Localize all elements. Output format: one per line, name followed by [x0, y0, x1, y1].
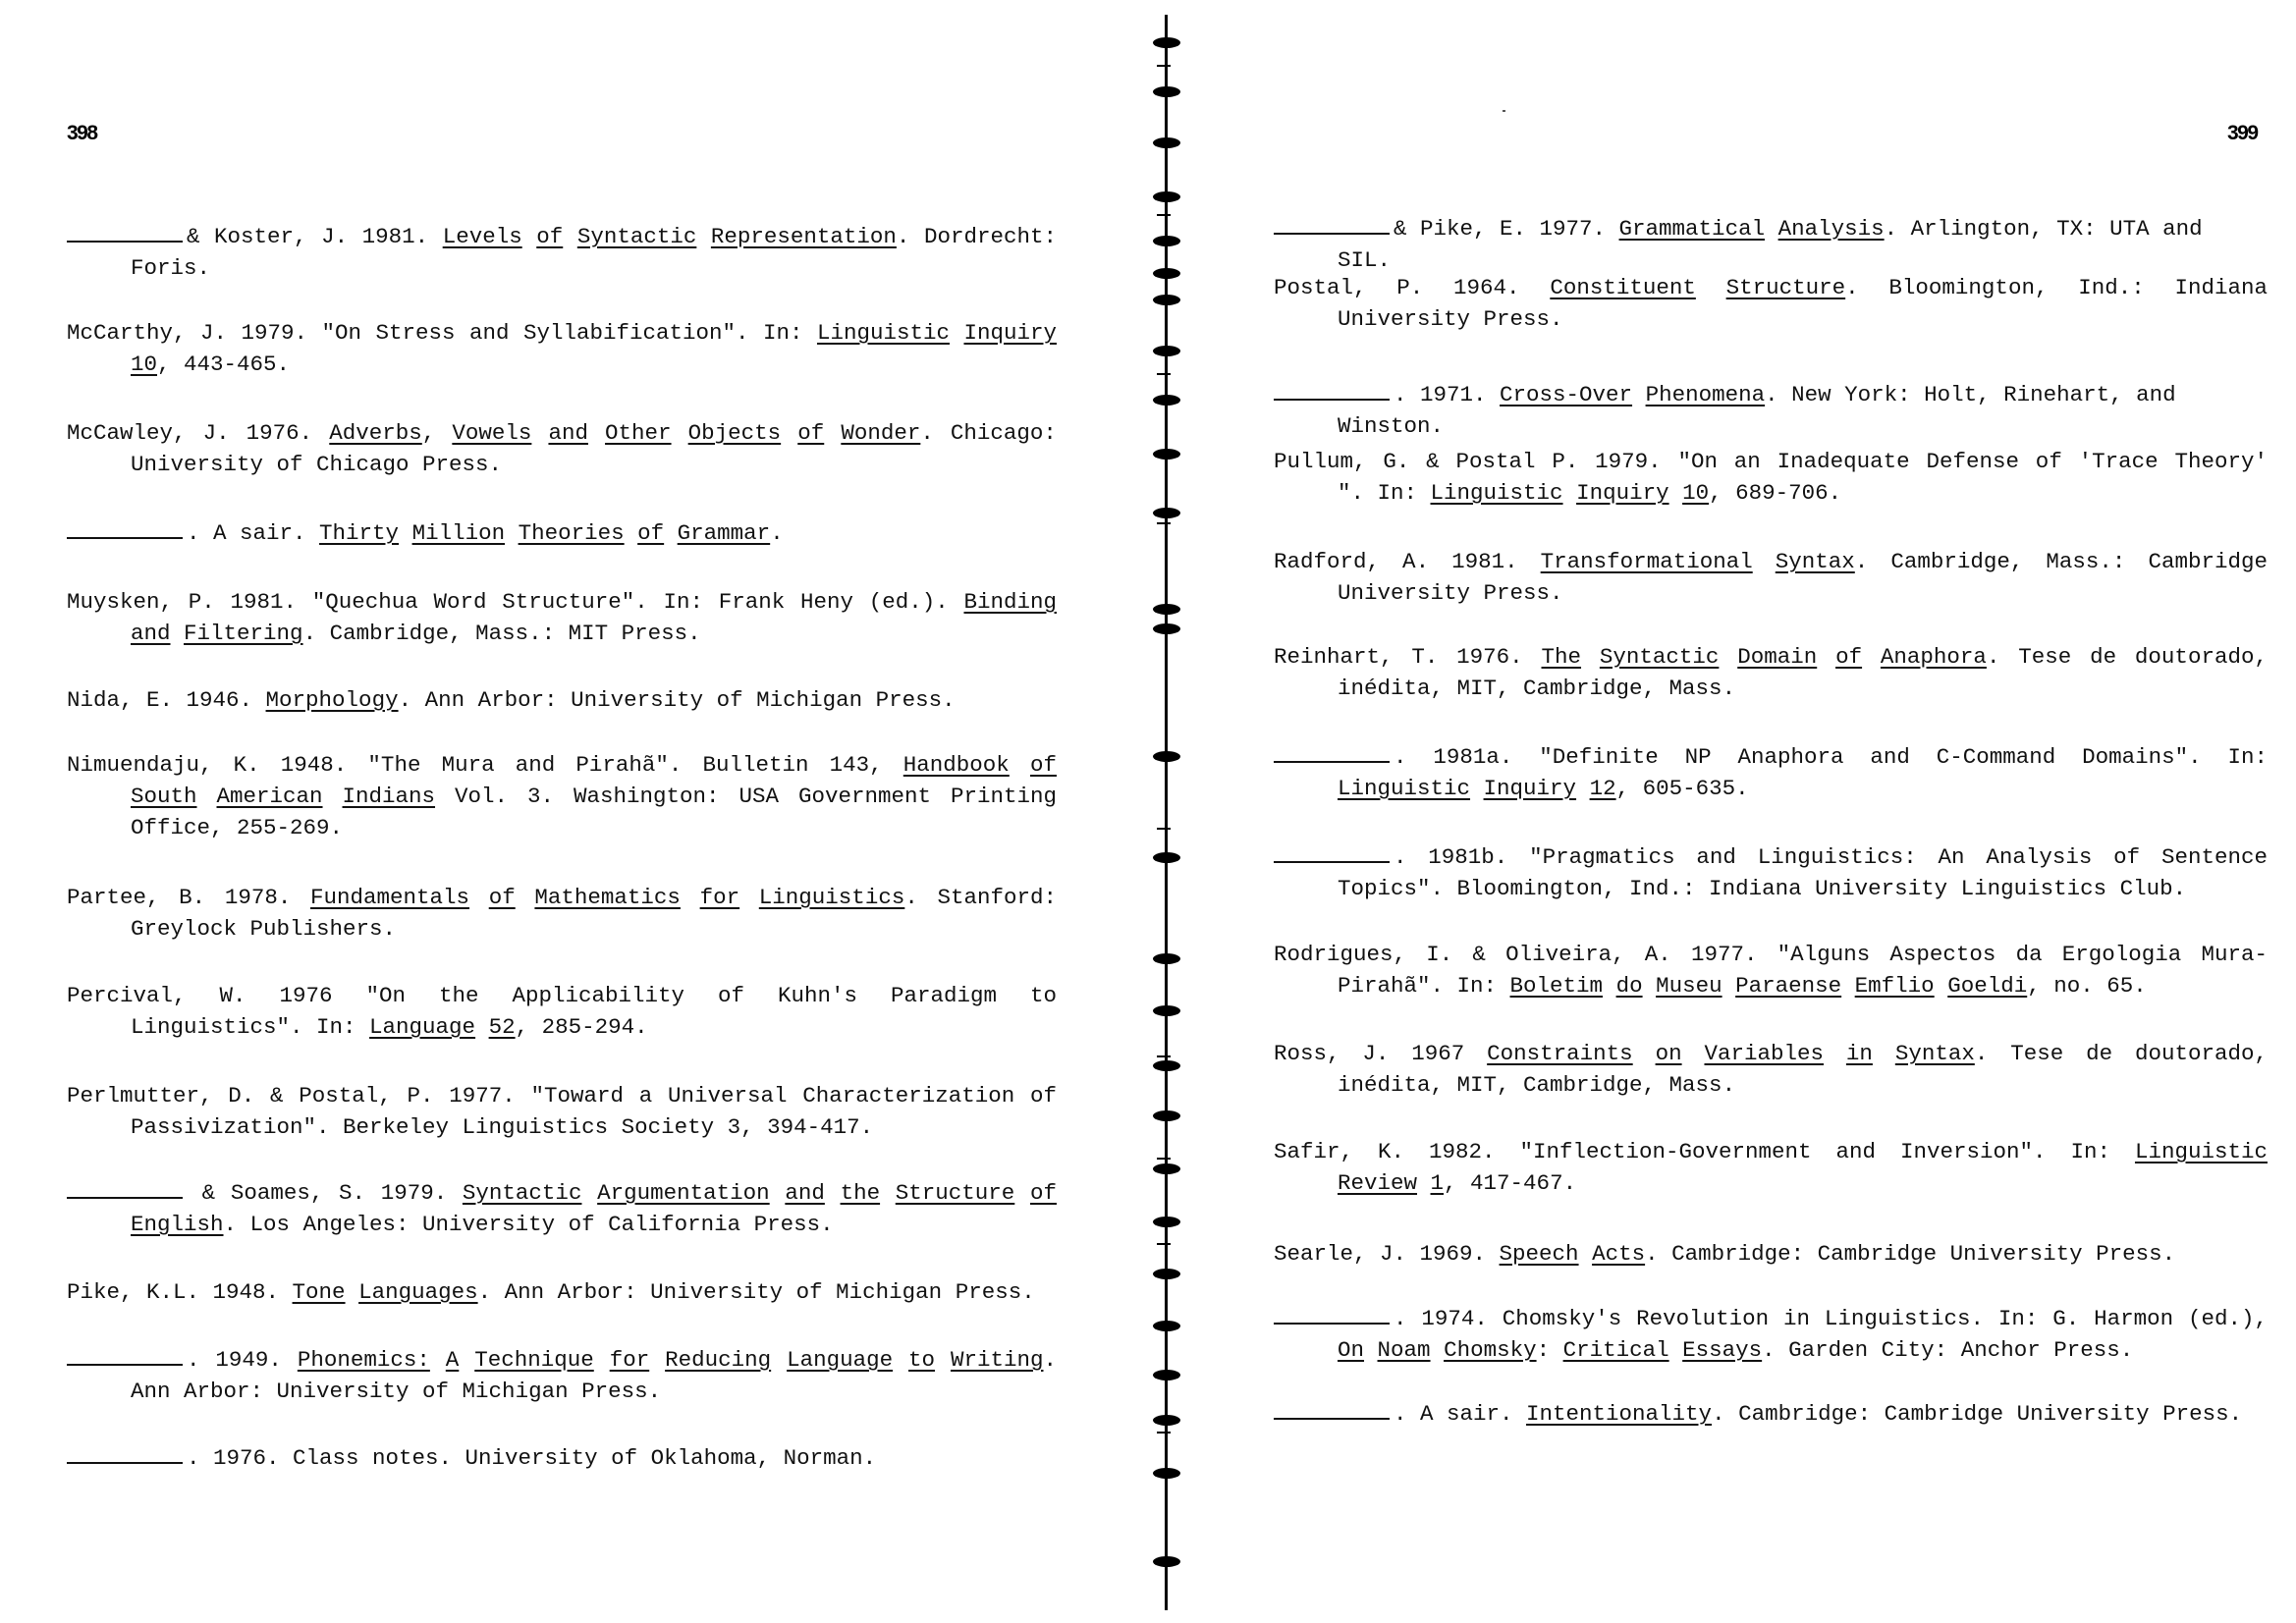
bibliography-entry: & Koster, J. 1981. Levels of Syntactic R…	[67, 221, 1057, 284]
repeated-author-rule	[67, 1177, 183, 1199]
entry-text	[1824, 1041, 1846, 1066]
entry-text	[781, 420, 797, 446]
repeated-author-rule	[67, 1344, 183, 1366]
entry-text: . A sair.	[187, 520, 319, 546]
binding-ring	[1153, 623, 1180, 634]
entry-text: , no. 65.	[2027, 973, 2147, 999]
entry-text: Ross, J. 1967	[1274, 1041, 1487, 1066]
underlined-title-word: Binding	[963, 589, 1057, 615]
entry-text: . 1981b. "Pragmatics and Linguistics: An…	[1338, 844, 2268, 901]
bibliography-entry: . 1949. Phonemics: A Technique for Reduc…	[67, 1344, 1057, 1407]
underlined-title-word: The	[1542, 644, 1582, 670]
underlined-title-word: Tone	[293, 1279, 346, 1305]
underlined-title-word: Constituent	[1550, 275, 1696, 300]
entry-text: Radford, A. 1981.	[1274, 549, 1541, 574]
entry-text	[1632, 382, 1646, 407]
underlined-title-word: for	[700, 885, 740, 910]
underlined-title-word: and	[785, 1180, 825, 1206]
underlined-title-word: Phenomena	[1646, 382, 1766, 407]
underlined-title-word: Structure	[1726, 275, 1846, 300]
entry-text	[880, 1180, 896, 1206]
underlined-title-word: American	[217, 784, 323, 809]
binding-ring	[1153, 191, 1180, 202]
underlined-title-word: and	[131, 621, 171, 646]
underlined-title-word: Million	[412, 520, 506, 546]
binding-tick	[1157, 214, 1171, 216]
binding-ring	[1153, 346, 1180, 356]
underlined-title-word: Linguistic	[1338, 776, 1470, 801]
binding-ring	[1153, 395, 1180, 406]
underlined-title-word: 10	[131, 352, 157, 377]
binding-ring	[1153, 236, 1180, 246]
entry-text: . 1981a. "Definite NP Anaphora and C-Com…	[1394, 744, 2268, 770]
bibliography-entry: McCawley, J. 1976. Adverbs, Vowels and O…	[67, 417, 1057, 480]
underlined-title-word: Anaphora	[1881, 644, 1987, 670]
underlined-title-word: Analysis	[1778, 216, 1885, 242]
underlined-title-word: Grammatical	[1619, 216, 1766, 242]
underlined-title-word: Emflio	[1855, 973, 1935, 999]
entry-text: & Soames, S. 1979.	[187, 1180, 463, 1206]
binding-ring	[1153, 953, 1180, 964]
bibliography-entry: Percival, W. 1976 "On the Applicability …	[67, 980, 1057, 1043]
underlined-title-word: Morphology	[266, 687, 399, 713]
bibliography-entry: Radford, A. 1981. Transformational Synta…	[1274, 546, 2268, 609]
entry-text: . Ann Arbor: University of Michigan Pres…	[399, 687, 956, 713]
underlined-title-word: 10	[1682, 480, 1709, 506]
entry-text	[505, 520, 519, 546]
underlined-title-word: Reducing	[665, 1347, 771, 1373]
bibliography-entry: Searle, J. 1969. Speech Acts. Cambridge:…	[1274, 1238, 2268, 1270]
entry-text	[771, 1347, 787, 1373]
entry-text	[531, 420, 548, 446]
entry-text	[1364, 1337, 1378, 1363]
binding-ring	[1153, 1370, 1180, 1380]
entry-text	[1643, 973, 1657, 999]
binding-ring	[1153, 1269, 1180, 1279]
bibliography-entry: & Soames, S. 1979. Syntactic Argumentati…	[67, 1177, 1057, 1240]
underlined-title-word: Essays	[1682, 1337, 1762, 1363]
entry-text: Muysken, P. 1981. "Quechua Word Structur…	[67, 589, 963, 615]
entry-text: & Koster, J. 1981.	[187, 224, 443, 249]
entry-text	[1579, 1241, 1593, 1267]
underlined-title-word: Domain	[1737, 644, 1817, 670]
bibliography-entry: . A sair. Thirty Million Theories of Gra…	[67, 517, 1057, 549]
entry-text	[1935, 973, 1948, 999]
binding-ring	[1153, 751, 1180, 762]
entry-text: , 285-294.	[516, 1014, 648, 1040]
binding-ring	[1153, 604, 1180, 615]
binding-ring	[1153, 852, 1180, 863]
right-page: 399 & Pike, E. 1977. Grammatical Analysi…	[1188, 0, 2296, 1623]
bibliography-entry: . A sair. Intentionality. Cambridge: Cam…	[1274, 1398, 2268, 1430]
entry-text	[197, 784, 217, 809]
bibliography-entry: Rodrigues, I. & Oliveira, A. 1977. "Algu…	[1274, 939, 2268, 1001]
bibliography-entry: Muysken, P. 1981. "Quechua Word Structur…	[67, 586, 1057, 649]
entry-text	[664, 520, 678, 546]
underlined-title-word: Chomsky	[1444, 1337, 1537, 1363]
underlined-title-word: Linguistic	[817, 320, 950, 346]
binding-tick	[1157, 373, 1171, 375]
entry-text	[1765, 216, 1778, 242]
bibliography-entry: Postal, P. 1964. Constituent Structure. …	[1274, 272, 2268, 335]
underlined-title-word: Fundamentals	[310, 885, 469, 910]
entry-text	[430, 1347, 446, 1373]
underlined-title-word: Filtering	[184, 621, 303, 646]
entry-text: :	[1537, 1337, 1563, 1363]
binding-ring	[1153, 268, 1180, 279]
entry-text: . 1949.	[187, 1347, 298, 1373]
entry-text: , 443-465.	[157, 352, 290, 377]
entry-text	[825, 1180, 841, 1206]
repeated-author-rule	[67, 1442, 183, 1464]
bibliography-entry: Reinhart, T. 1976. The Syntactic Domain …	[1274, 641, 2268, 704]
underlined-title-word: Languages	[358, 1279, 478, 1305]
entry-text	[1753, 549, 1776, 574]
underlined-title-word: Phonemics:	[298, 1347, 430, 1373]
bibliography-entry: Nimuendaju, K. 1948. "The Mura and Pirah…	[67, 749, 1057, 843]
entry-text	[1817, 644, 1835, 670]
bibliography-entry: Partee, B. 1978. Fundamentals of Mathema…	[67, 882, 1057, 945]
entry-text	[1719, 644, 1737, 670]
bibliography-entry: . 1981b. "Pragmatics and Linguistics: An…	[1274, 841, 2268, 904]
underlined-title-word: in	[1846, 1041, 1873, 1066]
binding-ring	[1153, 1060, 1180, 1071]
entry-text	[1470, 776, 1484, 801]
entry-text	[171, 621, 185, 646]
binding-tick	[1157, 65, 1171, 67]
underlined-title-word: Syntactic	[577, 224, 697, 249]
entry-text	[681, 885, 700, 910]
entry-text: Nida, E. 1946.	[67, 687, 266, 713]
entry-text	[739, 885, 759, 910]
underlined-title-word: Wonder	[841, 420, 920, 446]
underlined-title-word: English	[131, 1212, 224, 1237]
binding-ring	[1153, 1110, 1180, 1121]
bibliography-entry: Ross, J. 1967 Constraints on Variables i…	[1274, 1038, 2268, 1101]
underlined-title-word: and	[548, 420, 588, 446]
entry-text	[893, 1347, 908, 1373]
underlined-title-word: A	[446, 1347, 460, 1373]
underlined-title-word: Variables	[1704, 1041, 1824, 1066]
underlined-title-word: Thirty	[319, 520, 399, 546]
entry-text	[1669, 480, 1683, 506]
underlined-title-word: Syntactic	[463, 1180, 582, 1206]
entry-text	[1417, 1170, 1431, 1196]
entry-text: . 1976. Class notes. University of Oklah…	[187, 1445, 876, 1471]
entry-text	[1014, 1180, 1030, 1206]
underlined-title-word: to	[908, 1347, 935, 1373]
entry-text: ,	[422, 420, 453, 446]
underlined-title-word: Technique	[474, 1347, 594, 1373]
entry-text	[516, 885, 535, 910]
entry-text: . Cambridge: Cambridge University Press.	[1645, 1241, 2175, 1267]
entry-text: Nimuendaju, K. 1948. "The Mura and Pirah…	[67, 752, 903, 778]
binding-ring	[1153, 86, 1180, 97]
entry-text	[1873, 1041, 1895, 1066]
entry-text: . Los Angeles: University of California …	[224, 1212, 834, 1237]
underlined-title-word: Intentionality	[1526, 1401, 1712, 1427]
underlined-title-word: for	[610, 1347, 650, 1373]
underlined-title-word: Boletim	[1510, 973, 1604, 999]
underlined-title-word: do	[1616, 973, 1643, 999]
entry-text: . 1971.	[1394, 382, 1500, 407]
underlined-title-word: of	[489, 885, 516, 910]
binding-tick	[1157, 1243, 1171, 1245]
entry-text: Perlmutter, D. & Postal, P. 1977. "Towar…	[67, 1083, 1057, 1140]
entry-text	[1682, 1041, 1705, 1066]
entry-text	[1696, 275, 1726, 300]
bibliography-entry: Nida, E. 1946. Morphology. Ann Arbor: Un…	[67, 684, 1057, 716]
underlined-title-word: Inquiry	[1484, 776, 1577, 801]
entry-text: Partee, B. 1978.	[67, 885, 310, 910]
entry-text	[581, 1180, 597, 1206]
entry-text	[346, 1279, 359, 1305]
binding-ring	[1153, 137, 1180, 148]
underlined-title-word: of	[637, 520, 664, 546]
underlined-title-word: Vowels	[452, 420, 531, 446]
entry-text	[1581, 644, 1600, 670]
underlined-title-word: on	[1656, 1041, 1682, 1066]
entry-text: .	[770, 520, 784, 546]
underlined-title-word: Cross-Over	[1500, 382, 1632, 407]
binding-tick	[1157, 522, 1171, 524]
entry-text	[323, 784, 343, 809]
underlined-title-word: Grammar	[678, 520, 771, 546]
underlined-title-word: of	[1030, 1180, 1057, 1206]
binding-ring	[1153, 37, 1180, 48]
underlined-title-word: Writing	[951, 1347, 1044, 1373]
entry-text	[950, 320, 963, 346]
entry-text	[649, 1347, 665, 1373]
bibliography-entry: McCarthy, J. 1979. "On Stress and Syllab…	[67, 317, 1057, 380]
entry-text	[469, 885, 489, 910]
entry-text	[625, 520, 638, 546]
entry-text	[1841, 973, 1855, 999]
underlined-title-word: Objects	[688, 420, 782, 446]
underlined-title-word: Adverbs	[329, 420, 422, 446]
underlined-title-word: Museu	[1656, 973, 1722, 999]
underlined-title-word: Theories	[519, 520, 625, 546]
underlined-title-word: Levels	[443, 224, 522, 249]
entry-text	[1563, 480, 1577, 506]
underlined-title-word: Syntax	[1776, 549, 1855, 574]
entry-text: . A sair.	[1394, 1401, 1526, 1427]
binding-ring	[1153, 508, 1180, 518]
entry-text	[459, 1347, 474, 1373]
underlined-title-word: Linguistics	[759, 885, 905, 910]
underlined-title-word: Syntax	[1895, 1041, 1975, 1066]
repeated-author-rule	[1274, 379, 1390, 401]
entry-text: McCarthy, J. 1979. "On Stress and Syllab…	[67, 320, 817, 346]
scan-speck	[1503, 110, 1505, 112]
binding-ring	[1153, 449, 1180, 460]
binding-tick	[1157, 828, 1171, 830]
underlined-title-word: Paraense	[1735, 973, 1841, 999]
entry-text	[588, 420, 605, 446]
entry-text	[770, 1180, 786, 1206]
entry-text: , 417-467.	[1444, 1170, 1576, 1196]
underlined-title-word: South	[131, 784, 197, 809]
repeated-author-rule	[67, 517, 183, 539]
underlined-title-word: Representation	[711, 224, 897, 249]
underlined-title-word: Noam	[1378, 1337, 1431, 1363]
entry-text	[522, 224, 537, 249]
underlined-title-word: Mathematics	[534, 885, 681, 910]
binding-ring	[1153, 1163, 1180, 1174]
bibliography-entry: . 1981a. "Definite NP Anaphora and C-Com…	[1274, 741, 2268, 804]
underlined-title-word: Constraints	[1487, 1041, 1633, 1066]
entry-text	[1669, 1337, 1683, 1363]
bibliography-entry: Pullum, G. & Postal P. 1979. "On an Inad…	[1274, 446, 2268, 509]
bibliography-entry: . 1971. Cross-Over Phenomena. New York: …	[1274, 379, 2268, 442]
bibliography-entry: Pike, K.L. 1948. Tone Languages. Ann Arb…	[67, 1276, 1057, 1308]
underlined-title-word: Handbook	[903, 752, 1010, 778]
repeated-author-rule	[1274, 1398, 1390, 1420]
underlined-title-word: Inquiry	[1576, 480, 1669, 506]
entry-text	[696, 224, 711, 249]
bibliography-entry: Safir, K. 1982. "Inflection-Government a…	[1274, 1136, 2268, 1199]
binding-tick	[1157, 1432, 1171, 1434]
underlined-title-word: Indians	[343, 784, 436, 809]
repeated-author-rule	[1274, 1303, 1390, 1325]
underlined-title-word: On	[1338, 1337, 1364, 1363]
entry-text: , 605-635.	[1616, 776, 1749, 801]
entry-text: , 689-706.	[1709, 480, 1841, 506]
binding-ring	[1153, 1005, 1180, 1016]
entry-text: Pike, K.L. 1948.	[67, 1279, 293, 1305]
underlined-title-word: Language	[369, 1014, 475, 1040]
underlined-title-word: Review	[1338, 1170, 1417, 1196]
page-number: 398	[67, 122, 97, 145]
entry-text: Postal, P. 1964.	[1274, 275, 1550, 300]
entry-text	[1722, 973, 1736, 999]
bibliography-entry: & Pike, E. 1977. Grammatical Analysis. A…	[1274, 213, 2268, 276]
binding-ring	[1153, 1415, 1180, 1426]
entry-text	[1603, 973, 1616, 999]
repeated-author-rule	[1274, 841, 1390, 863]
page-number: 399	[2227, 122, 2258, 145]
entry-text: Reinhart, T. 1976.	[1274, 644, 1542, 670]
entry-text: Searle, J. 1969.	[1274, 1241, 1500, 1267]
entry-text	[1633, 1041, 1656, 1066]
underlined-title-word: 52	[489, 1014, 516, 1040]
underlined-title-word: Syntactic	[1600, 644, 1720, 670]
entry-text	[475, 1014, 489, 1040]
entry-text	[1010, 752, 1030, 778]
underlined-title-word: Critical	[1563, 1337, 1669, 1363]
underlined-title-word: of	[797, 420, 824, 446]
entry-text: McCawley, J. 1976.	[67, 420, 329, 446]
underlined-title-word: of	[536, 224, 563, 249]
repeated-author-rule	[67, 221, 183, 243]
repeated-author-rule	[1274, 213, 1390, 235]
entry-text	[594, 1347, 610, 1373]
bibliography-entry: . 1974. Chomsky's Revolution in Linguist…	[1274, 1303, 2268, 1366]
bibliography-entry: Perlmutter, D. & Postal, P. 1977. "Towar…	[67, 1080, 1057, 1143]
entry-text: . Ann Arbor: University of Michigan Pres…	[478, 1279, 1035, 1305]
underlined-title-word: 1	[1431, 1170, 1445, 1196]
binding-ring	[1153, 295, 1180, 305]
entry-text	[824, 420, 841, 446]
bibliography-entry: . 1976. Class notes. University of Oklah…	[67, 1442, 1057, 1474]
underlined-title-word: the	[841, 1180, 881, 1206]
underlined-title-word: Linguistic	[2135, 1139, 2268, 1164]
entry-text	[1431, 1337, 1445, 1363]
entry-text	[1576, 776, 1590, 801]
entry-text	[1862, 644, 1881, 670]
entry-text	[935, 1347, 951, 1373]
entry-text	[563, 224, 577, 249]
underlined-title-word: Transformational	[1541, 549, 1753, 574]
entry-text	[399, 520, 412, 546]
repeated-author-rule	[1274, 741, 1390, 763]
binding-tick	[1157, 1055, 1171, 1057]
underlined-title-word: Language	[787, 1347, 893, 1373]
entry-text: . Garden City: Anchor Press.	[1762, 1337, 2133, 1363]
underlined-title-word: Other	[605, 420, 672, 446]
entry-text	[672, 420, 688, 446]
entry-text: & Pike, E. 1977.	[1394, 216, 1619, 242]
underlined-title-word: Acts	[1592, 1241, 1645, 1267]
entry-text: Safir, K. 1982. "Inflection-Government a…	[1274, 1139, 2135, 1164]
underlined-title-word: Inquiry	[963, 320, 1057, 346]
underlined-title-word: Structure	[896, 1180, 1015, 1206]
underlined-title-word: Argumentation	[597, 1180, 770, 1206]
entry-text: . Cambridge, Mass.: MIT Press.	[303, 621, 701, 646]
underlined-title-word: Speech	[1500, 1241, 1579, 1267]
binding-tick	[1157, 1158, 1171, 1160]
underlined-title-word: 12	[1590, 776, 1616, 801]
left-page: 398 & Koster, J. 1981. Levels of Syntact…	[0, 0, 1149, 1623]
binding-ring	[1153, 1556, 1180, 1567]
underlined-title-word: Goeldi	[1947, 973, 2027, 999]
entry-text: . Cambridge: Cambridge University Press.	[1712, 1401, 2242, 1427]
binding-ring	[1153, 1468, 1180, 1479]
binding-ring	[1153, 1217, 1180, 1227]
underlined-title-word: of	[1030, 752, 1057, 778]
entry-text: . 1974. Chomsky's Revolution in Linguist…	[1394, 1306, 2268, 1331]
underlined-title-word: of	[1835, 644, 1862, 670]
binding-ring	[1153, 1321, 1180, 1331]
underlined-title-word: Linguistic	[1431, 480, 1563, 506]
